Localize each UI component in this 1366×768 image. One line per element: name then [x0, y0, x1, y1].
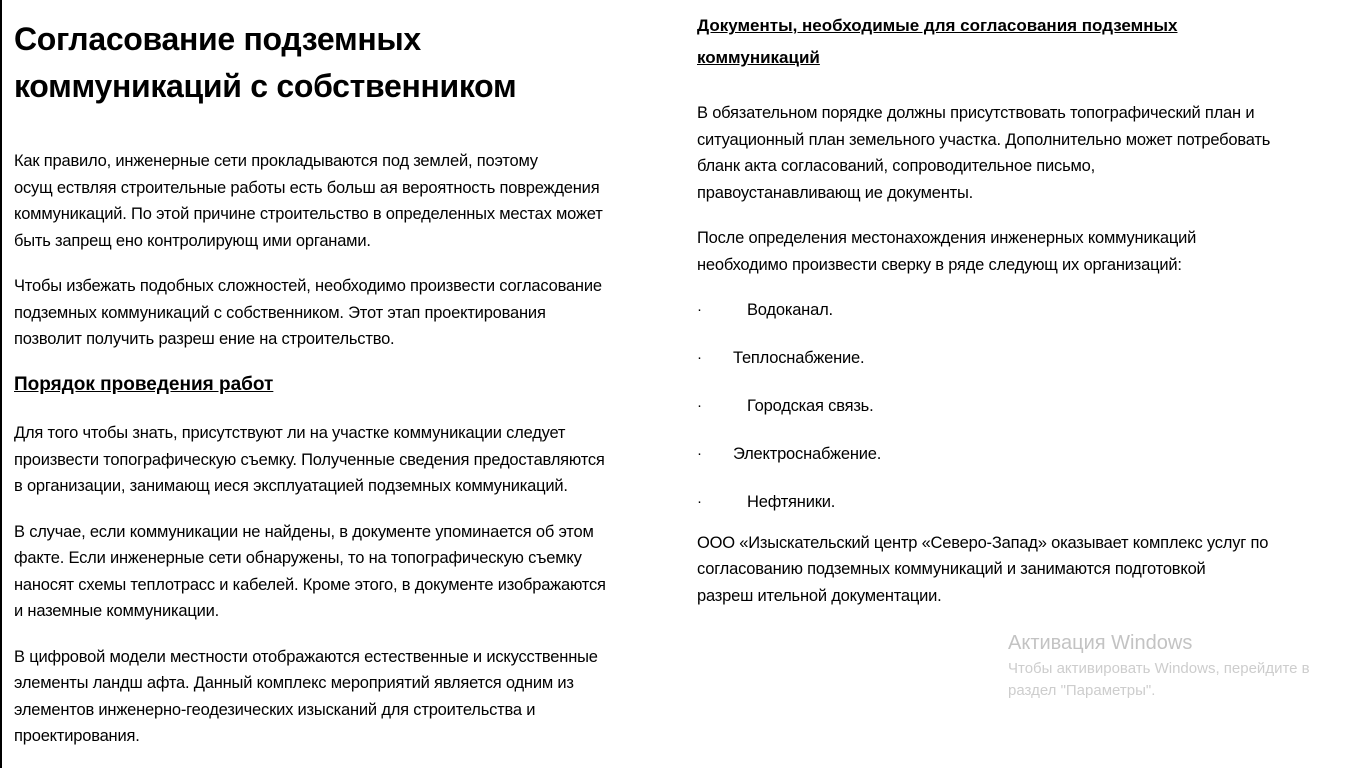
list-item-label: Электроснабжение.: [733, 445, 881, 463]
document-title: Согласование подземных коммуникаций с со…: [14, 16, 704, 110]
bullet-icon: ·: [697, 297, 702, 324]
bullet-icon: ·: [697, 441, 702, 468]
paragraph-found-communications: В случае, если коммуникации не найдены, …: [14, 519, 704, 625]
left-column: Согласование подземных коммуникаций с со…: [14, 0, 704, 768]
paragraph-organizations-intro: После определения местонахождения инжене…: [697, 225, 1361, 278]
list-item-vodokanal: · Водоканал.: [697, 297, 1361, 324]
paragraph-intro: Как правило, инженерные сети прокладываю…: [14, 148, 704, 254]
watermark-text: Чтобы активировать Windows, перейдите в …: [1008, 658, 1310, 702]
list-item-label: Городская связь.: [747, 397, 873, 415]
bullet-icon: ·: [697, 393, 702, 420]
paragraph-company-services: ООО «Изыскательский центр «Северо-Запад»…: [697, 530, 1361, 610]
right-column: Документы, необходимые для согласования …: [697, 0, 1361, 628]
paragraph-digital-model: В цифровой модели местности отображаются…: [14, 644, 704, 750]
watermark-line1: Чтобы активировать Windows, перейдите в: [1008, 658, 1310, 680]
organizations-list: · Водоканал. · Теплоснабжение. · Городск…: [697, 297, 1361, 516]
list-item-neftyaniki: · Нефтяники.: [697, 489, 1361, 516]
list-item-label: Теплоснабжение.: [733, 349, 864, 367]
watermark-title: Активация Windows: [1008, 630, 1310, 656]
windows-activation-watermark: Активация Windows Чтобы активировать Win…: [1008, 630, 1310, 702]
page-left-edge-line: [0, 0, 2, 768]
section-heading-order-of-works: Порядок проведения работ: [14, 372, 704, 399]
watermark-line2: раздел "Параметры".: [1008, 680, 1310, 702]
paragraph-required-documents: В обязательном порядке должны присутство…: [697, 100, 1361, 206]
list-item-teplosnabzhenie: · Теплоснабжение.: [697, 345, 1361, 372]
list-item-label: Водоканал.: [747, 301, 833, 319]
section-heading-documents: Документы, необходимые для согласования …: [697, 10, 1361, 74]
bullet-icon: ·: [697, 345, 702, 372]
list-item-elektrosnabzhenie: · Электроснабжение.: [697, 441, 1361, 468]
list-item-gorodskaya-svyaz: · Городская связь.: [697, 393, 1361, 420]
paragraph-survey: Для того чтобы знать, присутствуют ли на…: [14, 420, 704, 500]
paragraph-approval: Чтобы избежать подобных сложностей, необ…: [14, 273, 704, 353]
list-item-label: Нефтяники.: [747, 493, 835, 511]
bullet-icon: ·: [697, 489, 702, 516]
